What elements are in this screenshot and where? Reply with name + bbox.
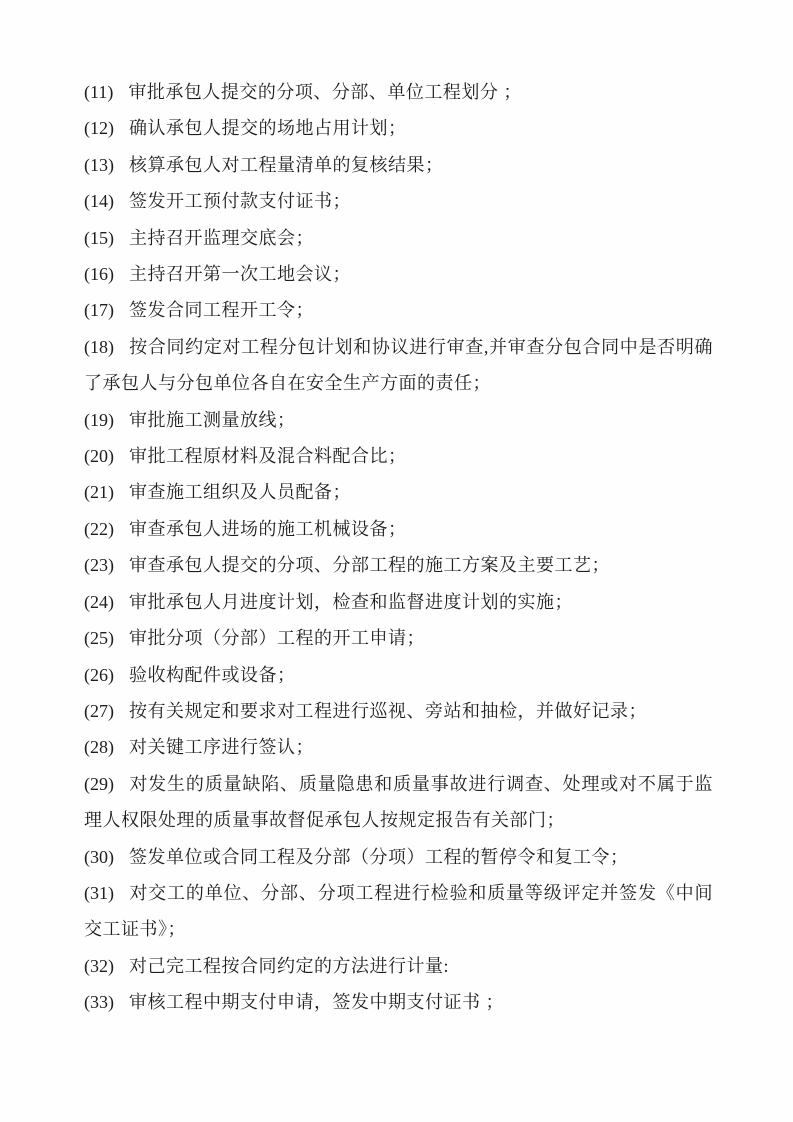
item-text: 审批施工测量放线； <box>129 410 296 430</box>
list-item: (13)核算承包人对工程量清单的复核结果； <box>84 147 713 183</box>
item-text: 核算承包人对工程量清单的复核结果； <box>129 155 444 175</box>
list-item: (32)对己完工程按合同约定的方法进行计量: <box>84 948 713 984</box>
item-number: (33) <box>84 984 114 1020</box>
list-item: (26)验收构配件或设备； <box>84 657 713 693</box>
item-number: (30) <box>84 839 114 875</box>
list-item: (22)审查承包人进场的施工机械设备； <box>84 511 713 547</box>
item-number: (28) <box>84 729 114 765</box>
list-item: (18)按合同约定对工程分包计划和协议进行审查,并审查分包合同中是否明确了承包人… <box>84 329 713 402</box>
item-text: 按有关规定和要求对工程进行巡视、旁站和抽检，并做好记录； <box>129 701 647 721</box>
list-item: (15)主持召开监理交底会； <box>84 220 713 256</box>
item-number: (27) <box>84 693 114 729</box>
ordered-list: (11)审批承包人提交的分项、分部、单位工程划分 ； (12)确认承包人提交的场… <box>84 74 713 1021</box>
list-item: (31)对交工的单位、分部、分项工程进行检验和质量等级评定并签发《中间交工证书》… <box>84 875 713 948</box>
item-text: 签发合同工程开工令； <box>129 300 314 320</box>
item-text: 审批分项（分部）工程的开工申请； <box>129 628 425 648</box>
list-item: (25)审批分项（分部）工程的开工申请； <box>84 620 713 656</box>
item-text: 主持召开第一次工地会议； <box>129 264 351 284</box>
list-item: (29)对发生的质量缺陷、质量隐患和质量事故进行调查、处理或对不属于监理人权限处… <box>84 766 713 839</box>
list-item: (21)审查施工组织及人员配备； <box>84 474 713 510</box>
list-item: (19)审批施工测量放线； <box>84 402 713 438</box>
item-text: 签发开工预付款支付证书； <box>129 191 351 211</box>
list-item: (28)对关键工序进行签认； <box>84 729 713 765</box>
item-number: (21) <box>84 474 114 510</box>
item-text: 签发单位或合同工程及分部（分项）工程的暂停令和复工令； <box>129 847 629 867</box>
item-text: 审查承包人提交的分项、分部工程的施工方案及主要工艺； <box>129 555 610 575</box>
item-text: 审核工程中期支付申请，签发中期支付证书 ； <box>129 992 504 1012</box>
item-number: (31) <box>84 875 114 911</box>
item-number: (15) <box>84 220 114 256</box>
list-item: (16)主持召开第一次工地会议； <box>84 256 713 292</box>
item-number: (14) <box>84 183 114 219</box>
list-item: (30)签发单位或合同工程及分部（分项）工程的暂停令和复工令； <box>84 839 713 875</box>
item-text: 确认承包人提交的场地占用计划； <box>129 118 407 138</box>
item-text: 对发生的质量缺陷、质量隐患和质量事故进行调查、处理或对不属于监理人权限处理的质量… <box>84 774 713 830</box>
item-text: 审查承包人进场的施工机械设备； <box>129 519 407 539</box>
list-item: (17)签发合同工程开工令； <box>84 292 713 328</box>
item-number: (18) <box>84 329 114 365</box>
item-text: 审批承包人月进度计划，检查和监督进度计划的实施； <box>129 592 573 612</box>
document-page: (11)审批承包人提交的分项、分部、单位工程划分 ； (12)确认承包人提交的场… <box>0 0 793 1122</box>
item-text: 主持召开监理交底会； <box>129 228 314 248</box>
item-number: (12) <box>84 110 114 146</box>
item-text: 审批承包人提交的分项、分部、单位工程划分 ； <box>128 82 522 102</box>
item-number: (29) <box>84 766 114 802</box>
item-number: (19) <box>84 402 114 438</box>
item-number: (16) <box>84 256 114 292</box>
item-number: (11) <box>84 74 113 110</box>
item-text: 对关键工序进行签认； <box>129 737 314 757</box>
item-text: 审查施工组织及人员配备； <box>129 482 351 502</box>
item-text: 对交工的单位、分部、分项工程进行检验和质量等级评定并签发《中间交工证书》； <box>84 883 713 939</box>
list-item: (27)按有关规定和要求对工程进行巡视、旁站和抽检，并做好记录； <box>84 693 713 729</box>
item-number: (22) <box>84 511 114 547</box>
item-number: (32) <box>84 948 114 984</box>
item-number: (17) <box>84 292 114 328</box>
list-item: (24)审批承包人月进度计划，检查和监督进度计划的实施； <box>84 584 713 620</box>
list-item: (33)审核工程中期支付申请，签发中期支付证书 ； <box>84 984 713 1020</box>
list-item: (11)审批承包人提交的分项、分部、单位工程划分 ； <box>84 74 713 110</box>
item-number: (23) <box>84 547 114 583</box>
list-item: (14)签发开工预付款支付证书； <box>84 183 713 219</box>
item-text: 验收构配件或设备； <box>129 665 296 685</box>
item-number: (13) <box>84 147 114 183</box>
item-text: 对己完工程按合同约定的方法进行计量: <box>129 956 449 976</box>
list-item: (20)审批工程原材料及混合料配合比； <box>84 438 713 474</box>
item-number: (20) <box>84 438 114 474</box>
item-number: (24) <box>84 584 114 620</box>
item-number: (26) <box>84 657 114 693</box>
document-body: (11)审批承包人提交的分项、分部、单位工程划分 ； (12)确认承包人提交的场… <box>84 74 713 1021</box>
list-item: (12)确认承包人提交的场地占用计划； <box>84 110 713 146</box>
list-item: (23)审查承包人提交的分项、分部工程的施工方案及主要工艺； <box>84 547 713 583</box>
item-number: (25) <box>84 620 114 656</box>
item-text: 审批工程原材料及混合料配合比； <box>129 446 407 466</box>
item-text: 按合同约定对工程分包计划和协议进行审查,并审查分包合同中是否明确了承包人与分包单… <box>84 337 713 393</box>
